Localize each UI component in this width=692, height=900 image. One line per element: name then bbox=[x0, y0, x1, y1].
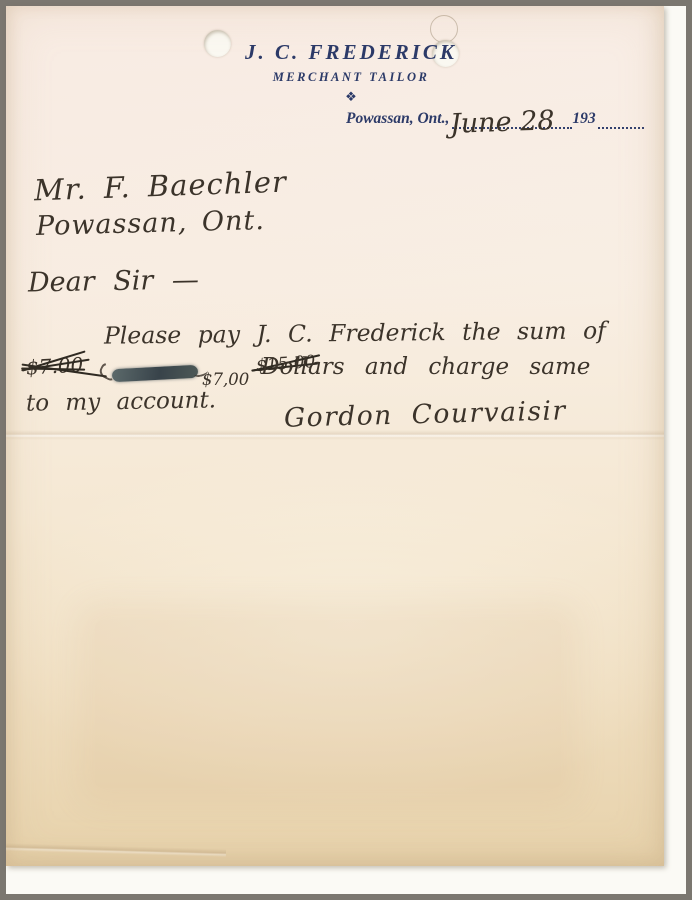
body-line-1: Please pay J. C. Frederick the sum of bbox=[104, 319, 606, 348]
printer-ornament-icon: ❖ bbox=[181, 90, 521, 103]
body-line-2: Dollars and charge same bbox=[261, 356, 590, 379]
date-year-printed: 193 bbox=[572, 110, 595, 129]
addressee-name: Mr. F. Baechler bbox=[34, 168, 288, 206]
letter-paper: J. C. FREDERICK MERCHANT TAILOR ❖ Powass… bbox=[6, 6, 664, 866]
scanned-letter-image: J. C. FREDERICK MERCHANT TAILOR ❖ Powass… bbox=[0, 0, 692, 900]
addressee-place: Powassan, Ont. bbox=[36, 207, 265, 240]
salutation: Dear Sir — bbox=[28, 267, 199, 297]
aging-stain bbox=[95, 620, 561, 788]
letterhead-company-name: J. C. FREDERICK bbox=[181, 40, 521, 65]
crossed-out-amount-left: $7.00 bbox=[26, 355, 84, 378]
date-line: Powassan, Ont., June 28 193 bbox=[346, 110, 644, 129]
punch-hole-ghost-ring bbox=[430, 15, 458, 43]
date-place-printed: Powassan, Ont., bbox=[346, 110, 449, 129]
date-dotted-rule: June 28 bbox=[452, 110, 572, 129]
ink-blot-over-word bbox=[112, 365, 199, 382]
scanner-background: J. C. FREDERICK MERCHANT TAILOR ❖ Powass… bbox=[6, 6, 686, 894]
body-line-3: to my account. bbox=[26, 389, 216, 415]
letterhead: J. C. FREDERICK MERCHANT TAILOR ❖ bbox=[181, 40, 521, 103]
handwritten-date: June 28 bbox=[450, 107, 555, 138]
corrected-amount: $7,00 bbox=[202, 372, 249, 389]
letterhead-subtitle: MERCHANT TAILOR bbox=[181, 70, 521, 85]
fold-crease-bottom bbox=[6, 843, 226, 857]
signature: Gordon Courvaisir bbox=[284, 398, 567, 432]
date-dotted-rule-end bbox=[598, 110, 644, 129]
